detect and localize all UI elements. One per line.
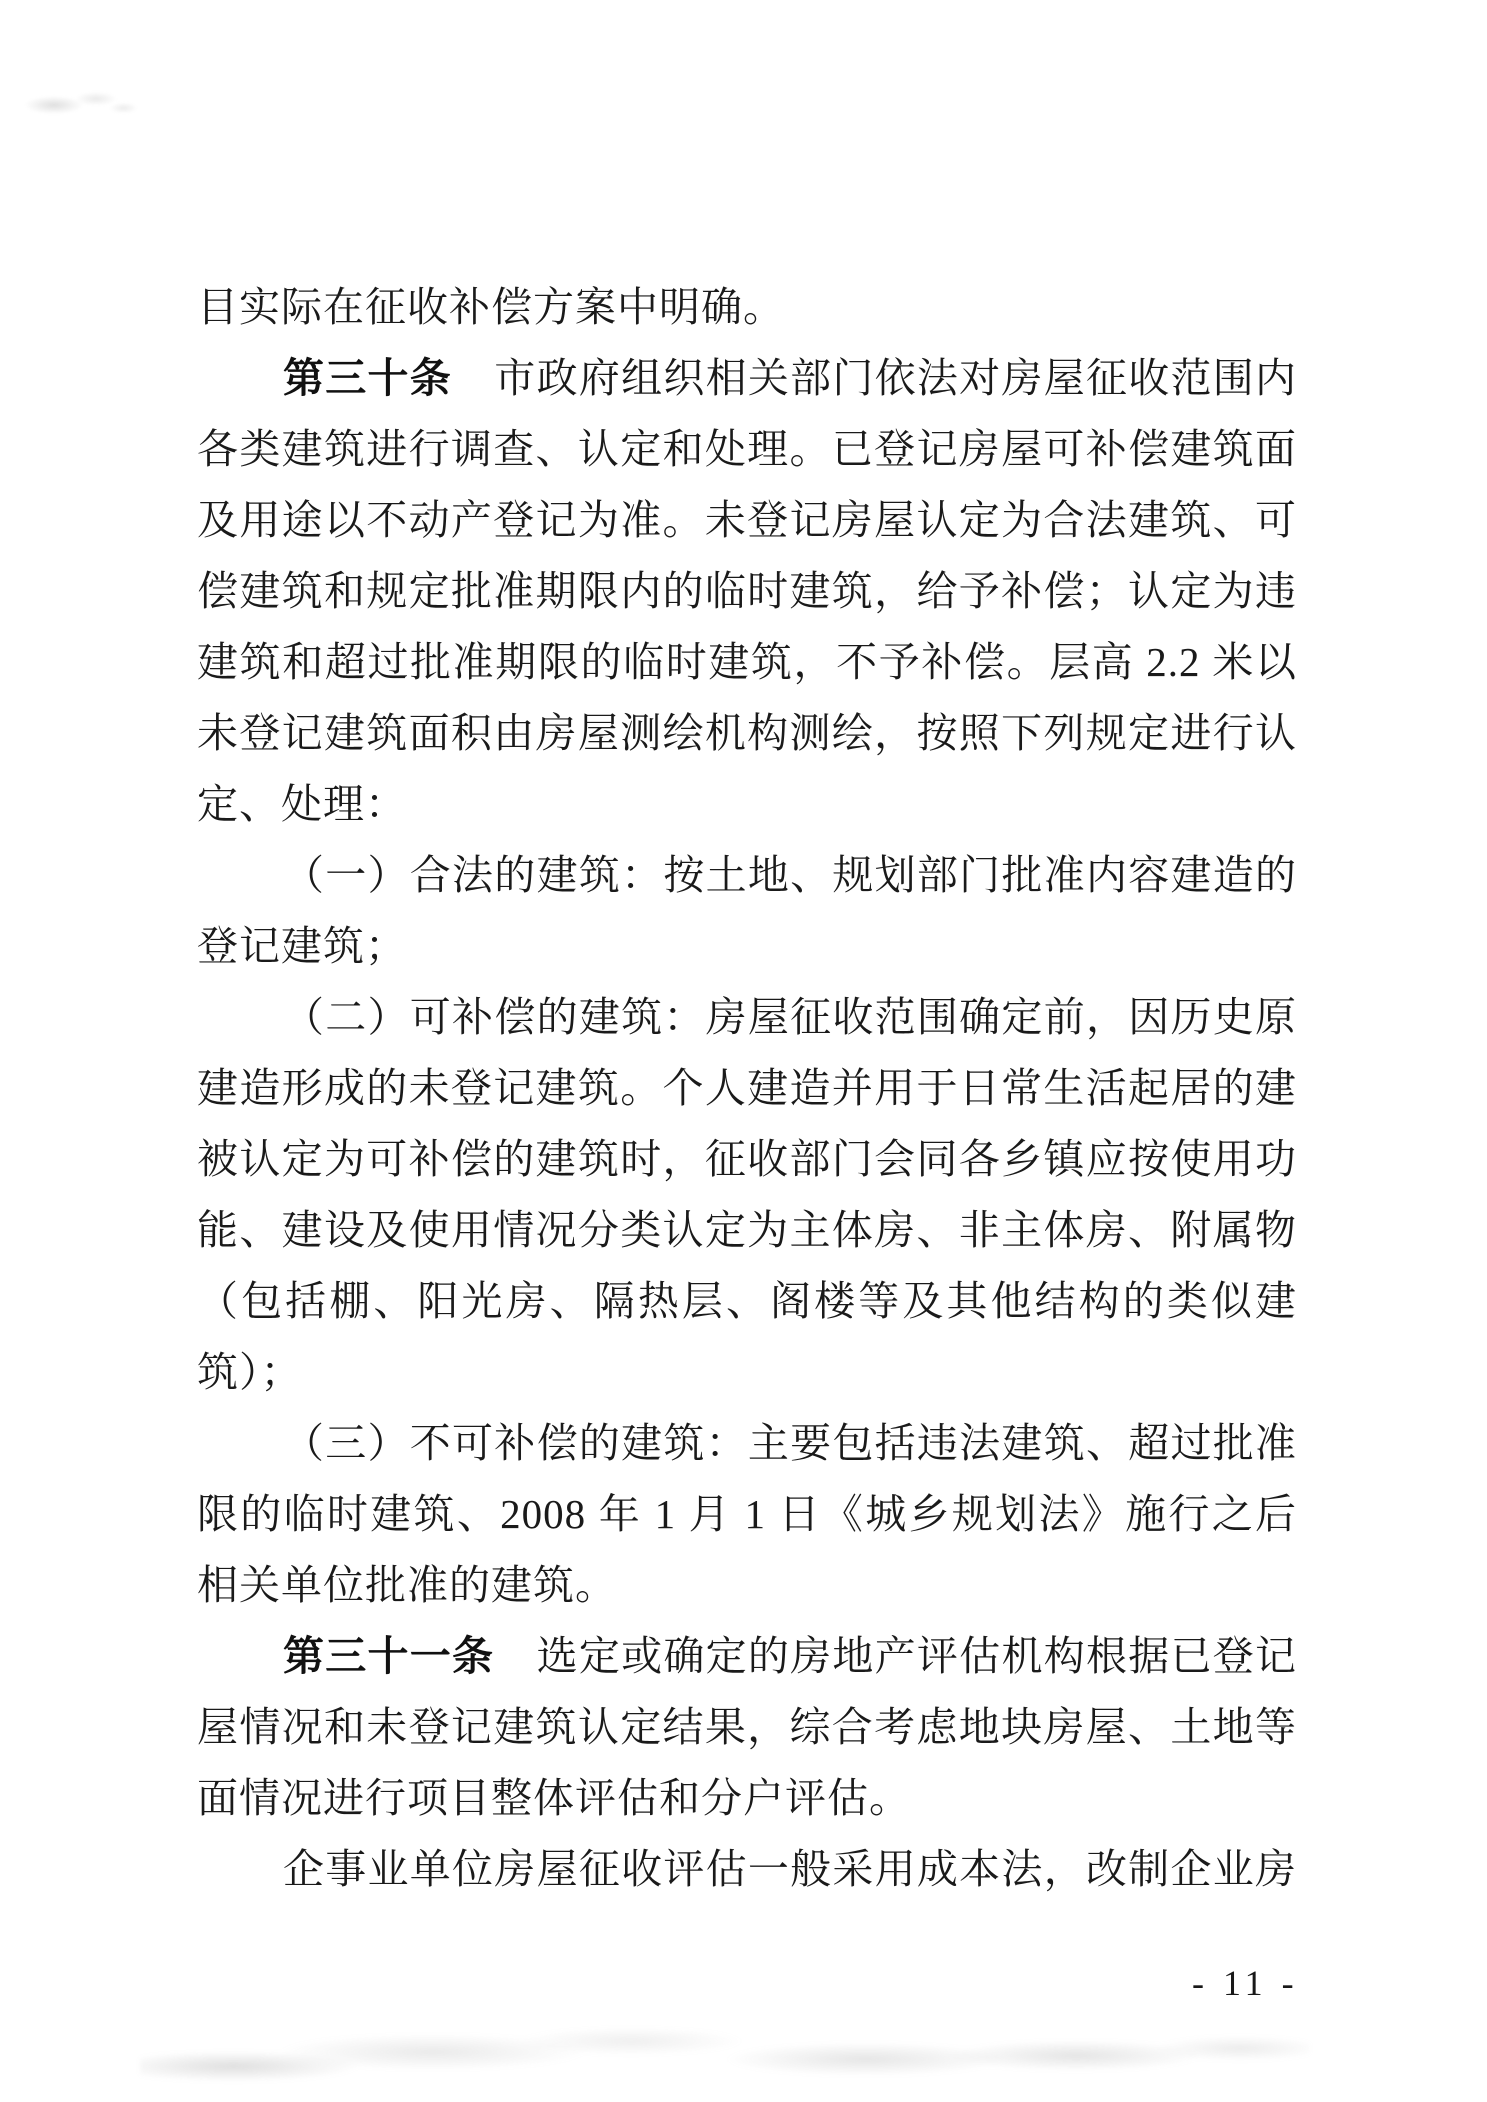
text-line: 定、处理： (197, 769, 1297, 840)
text-line: （三）不可补偿的建筑：主要包括违法建筑、超过批准期 (197, 1408, 1297, 1479)
text-line: （包括棚、阳光房、隔热层、阁楼等及其他结构的类似建 (197, 1266, 1297, 1337)
text-line: 建筑和超过批准期限的临时建筑，不予补偿。层高 2.2 米以上 (197, 627, 1297, 698)
scan-noise-bottom (140, 2016, 1310, 2088)
text-line: 未登记建筑面积由房屋测绘机构测绘，按照下列规定进行认 (197, 698, 1297, 769)
text-line: 各类建筑进行调查、认定和处理。已登记房屋可补偿建筑面积 (197, 414, 1297, 485)
text-line: （二）可补偿的建筑：房屋征收范围确定前，因历史原因 (197, 982, 1297, 1053)
text-line: 筑）； (197, 1337, 1297, 1408)
text-line: 第三十一条 选定或确定的房地产评估机构根据已登记房 (197, 1621, 1297, 1692)
text-line: 被认定为可补偿的建筑时，征收部门会同各乡镇应按使用功 (197, 1124, 1297, 1195)
text-line: 登记建筑； (197, 911, 1297, 982)
article-number: 第三十条 (283, 355, 452, 401)
text-line: 目实际在征收补偿方案中明确。 (197, 272, 1297, 343)
text-line: 面情况进行项目整体评估和分户评估。 (197, 1763, 1297, 1834)
text-line: 限的临时建筑、2008 年 1 月 1 日《城乡规划法》施行之后未经 (197, 1479, 1297, 1550)
page-number: - 11 - (1192, 1962, 1312, 2004)
document-page: 目实际在征收补偿方案中明确。第三十条 市政府组织相关部门依法对房屋征收范围内的各… (0, 0, 1487, 2102)
scan-noise-top (18, 82, 138, 124)
text-line: 相关单位批准的建筑。 (197, 1550, 1297, 1621)
text-line: 企事业单位房屋征收评估一般采用成本法，改制企业房地 (197, 1834, 1297, 1905)
text-line: 屋情况和未登记建筑认定结果，综合考虑地块房屋、土地等方 (197, 1692, 1297, 1763)
text-block: 目实际在征收补偿方案中明确。第三十条 市政府组织相关部门依法对房屋征收范围内的各… (197, 272, 1297, 1905)
text-line: 能、建设及使用情况分类认定为主体房、非主体房、附属物 (197, 1195, 1297, 1266)
text-line: 第三十条 市政府组织相关部门依法对房屋征收范围内的 (197, 343, 1297, 414)
text-line: 建造形成的未登记建筑。个人建造并用于日常生活起居的建筑 (197, 1053, 1297, 1124)
article-number: 第三十一条 (283, 1633, 494, 1679)
text-line: 及用途以不动产登记为准。未登记房屋认定为合法建筑、可补 (197, 485, 1297, 556)
text-line: 偿建筑和规定批准期限内的临时建筑，给予补偿；认定为违法 (197, 556, 1297, 627)
text-line: （一）合法的建筑：按土地、规划部门批准内容建造的未 (197, 840, 1297, 911)
